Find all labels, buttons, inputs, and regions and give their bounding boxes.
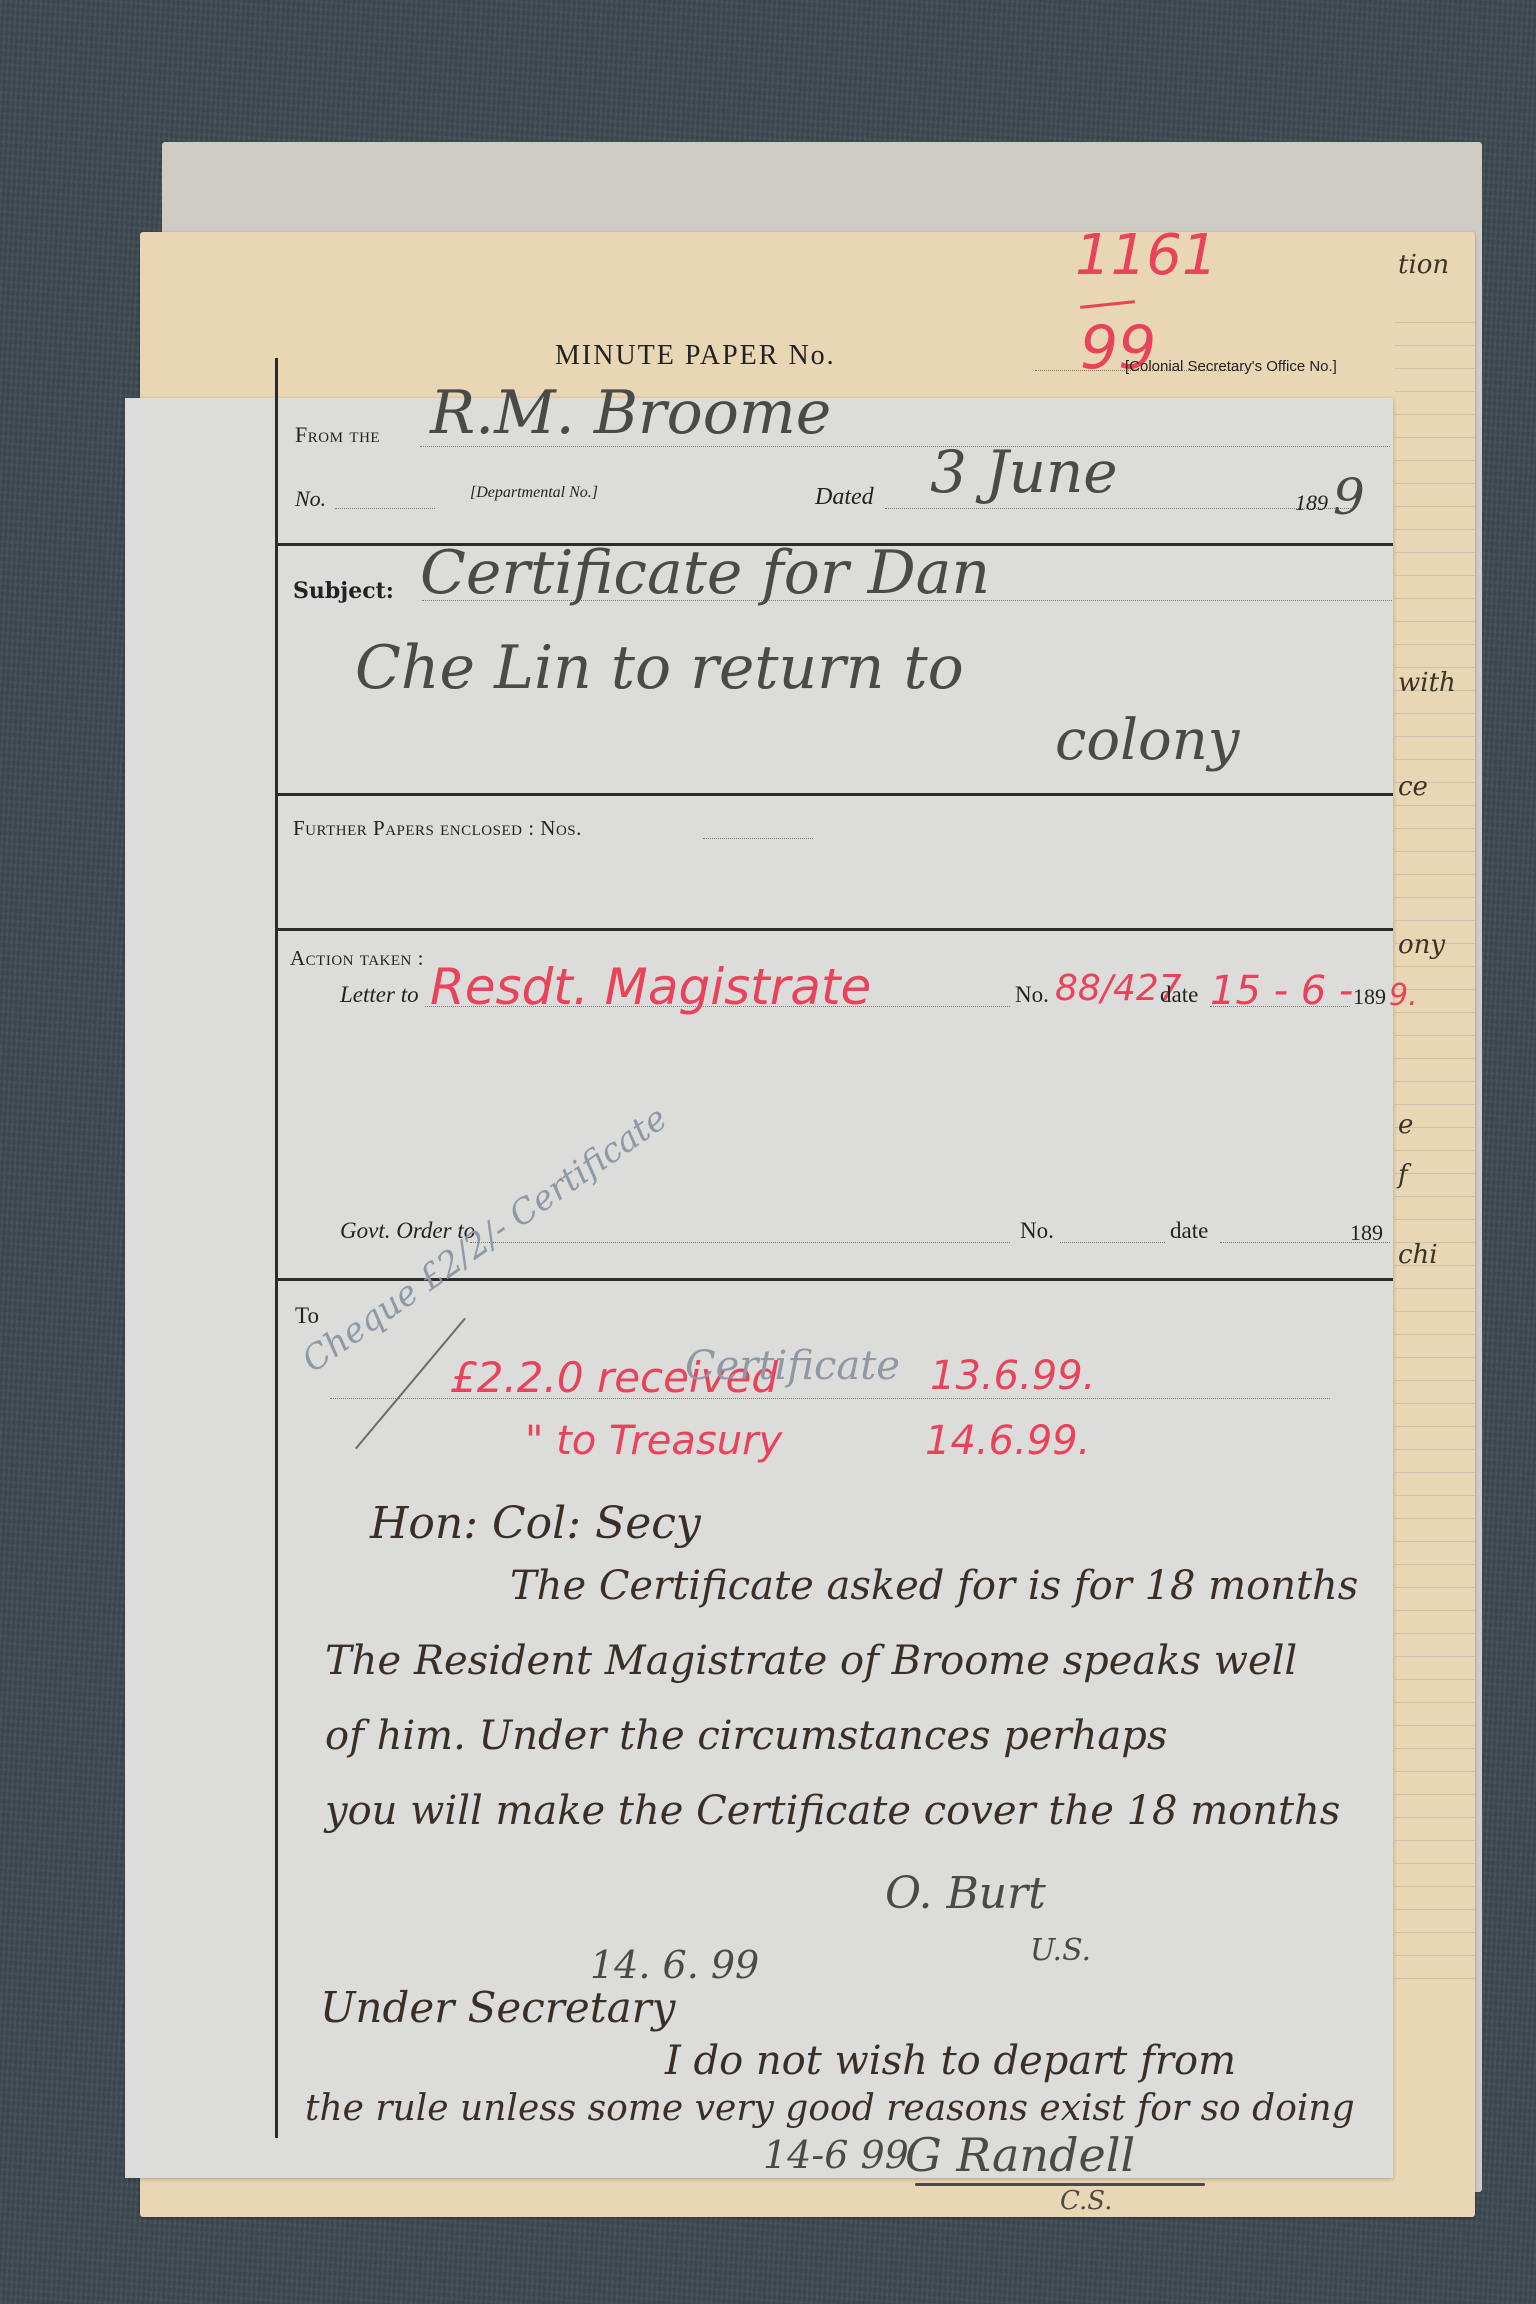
letter-date-value: 15 - 6 - (1210, 968, 1353, 1014)
to-label: To (295, 1303, 319, 1329)
year-suffix: 9 (1333, 468, 1365, 526)
letter-date-line (1210, 1006, 1350, 1007)
dated-line (885, 508, 1355, 509)
red-line-2-date: 14.6.99. (925, 1418, 1090, 1464)
minute-body-line-1: The Certificate asked for is for 18 mont… (510, 1563, 1358, 1609)
minute-signature-initials: U.S. (1030, 1933, 1091, 1968)
reply-sign-date: 14-6 99 (763, 2133, 909, 2177)
reply-signature: G Randell (905, 2128, 1135, 2182)
underlying-fragment: tion (1398, 250, 1449, 280)
office-note: [Colonial Secretary's Office No.] (1125, 358, 1337, 375)
no-line (335, 508, 435, 509)
action-taken-label: Action taken : (290, 946, 424, 971)
reply-line-2: the rule unless some very good reasons e… (305, 2088, 1355, 2129)
minute-number-top: 1161 (1075, 223, 1218, 288)
subject-line-2: Che Lin to return to (355, 633, 964, 703)
reply-salutation: Under Secretary (320, 1983, 675, 2032)
divider (275, 793, 1393, 796)
underlying-fragment: with (1398, 668, 1456, 698)
letter-to-label: Letter to (340, 982, 419, 1008)
from-label: From the (295, 422, 380, 448)
underlying-fragment: ony (1398, 930, 1445, 960)
no-label: No. (295, 486, 326, 512)
govt-no-label: No. (1020, 1218, 1054, 1244)
from-value: R.M. Broome (430, 378, 831, 448)
red-line-2-text: " to Treasury (525, 1418, 782, 1464)
dated-value: 3 June (930, 438, 1118, 506)
letter-year-suffix: 9. (1389, 978, 1418, 1013)
govt-year-prefix: 189 (1350, 1220, 1383, 1246)
reply-signature-title: C.S. (1060, 2186, 1112, 2216)
minute-body-line-2: The Resident Magistrate of Broome speaks… (325, 1638, 1297, 1684)
letter-to-value: Resdt. Magistrate (430, 958, 871, 1016)
reply-date: 14. 6. 99 (590, 1943, 759, 1987)
letter-year-prefix: 189 (1353, 984, 1386, 1010)
reply-line-1: I do not wish to depart from (665, 2038, 1236, 2084)
underlying-fragment: chi (1398, 1240, 1438, 1270)
letter-date-label: date (1160, 982, 1198, 1008)
subject-line-1: Certificate for Dan (420, 538, 990, 608)
year-prefix: 189 (1295, 490, 1328, 516)
subject-label: Subject: (293, 578, 394, 604)
red-line-1-date: 13.6.99. (930, 1353, 1095, 1399)
letter-no-label: No. (1015, 982, 1049, 1008)
minute-paper-form: MINUTE PAPER No. 1161 99 [Colonial Secre… (125, 398, 1393, 2178)
left-margin-rule (275, 358, 278, 2138)
underlying-fragment: ce (1398, 772, 1428, 802)
minute-salutation: Hon: Col: Secy (370, 1498, 701, 1549)
departmental-note: [Departmental No.] (470, 484, 598, 502)
form-title: MINUTE PAPER No. (555, 340, 836, 372)
subject-line-3: colony (1055, 708, 1239, 773)
pencil-overwrite: Certificate (685, 1343, 900, 1389)
govt-date-label: date (1170, 1218, 1208, 1244)
govt-order-line (470, 1242, 1010, 1243)
minute-body-line-3: of him. Under the circumstances perhaps (325, 1713, 1167, 1759)
govt-no-line (1060, 1242, 1165, 1243)
divider (275, 928, 1393, 931)
underlying-fragment: f (1398, 1160, 1408, 1190)
further-papers-line (703, 838, 813, 839)
further-papers-label: Further Papers enclosed : Nos. (293, 816, 582, 841)
underlying-fragment: e (1398, 1110, 1413, 1140)
dated-label: Dated (815, 484, 874, 511)
minute-signature: O. Burt (885, 1868, 1046, 1919)
ruled-lines (1395, 300, 1475, 2000)
minute-body-line-4: you will make the Certificate cover the … (325, 1788, 1340, 1834)
